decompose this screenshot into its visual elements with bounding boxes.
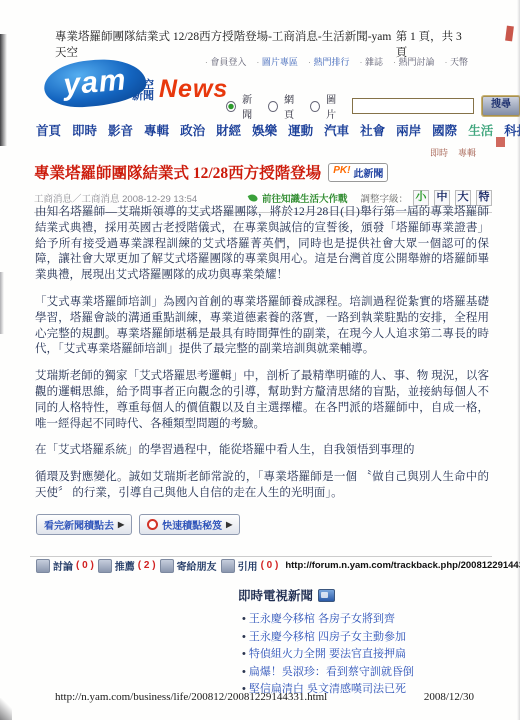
scan-artifact — [0, 34, 7, 146]
nav-cross-strait[interactable]: 兩岸 — [396, 121, 421, 139]
nav-life[interactable]: 生活 — [468, 121, 493, 139]
pk-news-badge[interactable]: PK! 此新聞 — [328, 163, 388, 182]
yam-logo-blob-icon: yam — [42, 56, 148, 111]
yam-logo-text: yam — [62, 63, 128, 101]
tv-news-link[interactable]: 特偵組火力全開 要法官直接押扁 — [242, 646, 414, 664]
article-paragraph: 循環及對應變化。誠如艾瑞斯老師常說的，「專業塔羅師是一個 〝做自己與別人生命中的… — [35, 470, 489, 502]
nav-home[interactable]: 首頁 — [36, 121, 61, 139]
pk-badge-label: 此新聞 — [353, 165, 383, 180]
mail-icon — [160, 559, 174, 573]
font-size-label: 調整字級： — [360, 191, 408, 205]
discuss-action[interactable]: 討論 ( 0 ) — [36, 558, 94, 573]
discuss-label: 討論 — [53, 558, 73, 573]
article-meta: 工商消息／工商消息 2008-12-29 13:54 — [34, 191, 197, 205]
radio-image[interactable] — [310, 101, 320, 112]
nav-entertainment[interactable]: 娛樂 — [252, 121, 277, 139]
recommend-action[interactable]: 推薦 ( 2 ) — [98, 558, 156, 573]
pk-badge-pk: PK! — [333, 165, 350, 180]
search-button[interactable]: 搜尋 — [482, 96, 520, 116]
logo-news-en: News — [159, 75, 228, 104]
font-size-medium-button[interactable]: 中 — [434, 190, 450, 206]
arrow-right-icon: ▶ — [226, 520, 232, 529]
nav-video[interactable]: 影音 — [108, 121, 133, 139]
article-paragraph: 由知名塔羅師—艾瑞斯領導的艾式塔羅團隊，將於12月28日(日)舉行第一屆的專業塔… — [35, 205, 489, 284]
tv-news-list: 王永慶今移棺 各房子女將到齊 王永慶今移棺 四房子女主動參加 特偵組火力全開 要… — [242, 611, 414, 699]
subnav-instant[interactable]: 即時 — [430, 146, 448, 159]
tv-news-section: 即時電視新聞 王永慶今移棺 各房子女將到齊 王永慶今移棺 四房子女主動參加 特偵… — [238, 586, 414, 699]
points-tips-button[interactable]: 快速積點秘笈 ▶ — [139, 514, 240, 535]
recommend-label: 推薦 — [115, 558, 135, 573]
nav-politics[interactable]: 政治 — [180, 121, 205, 139]
sub-nav: 即時 專輯 — [430, 146, 476, 159]
radio-web[interactable] — [268, 101, 278, 112]
article-paragraph: 艾瑞斯老師的獨家「艾式塔羅思考邏輯」中，剖析了最精準明確的人、事、物 現況，以客… — [35, 369, 489, 432]
subnav-feature[interactable]: 專輯 — [458, 146, 476, 159]
send-to-friend-action[interactable]: 寄給朋友 — [160, 558, 217, 573]
article-paragraph: 在「艾式塔羅系統」的學習過程中，能從塔羅中看人生，自我領悟到事理的 — [35, 443, 489, 459]
font-size-small-button[interactable]: 小 — [413, 190, 429, 206]
radio-news-label: 新聞 — [242, 91, 260, 121]
article-title: 專業塔羅師團隊結業式 12/28西方授階登場 — [34, 161, 321, 183]
font-size-large-button[interactable]: 大 — [455, 190, 471, 206]
recommend-icon — [98, 559, 112, 573]
trackback-count: ( 0 ) — [261, 560, 279, 571]
top-link-hot-discussion[interactable]: 熱門討論 — [393, 55, 435, 68]
scan-artifact — [505, 26, 514, 42]
tv-news-title: 即時電視新聞 — [238, 586, 313, 604]
yam-news-logo[interactable]: yam 天空 新聞 News — [44, 60, 228, 106]
nav-finance[interactable]: 財經 — [216, 121, 241, 139]
print-footer: http://n.yam.com/business/life/200812/20… — [55, 691, 474, 703]
search-input[interactable] — [352, 98, 474, 114]
radio-image-label: 圖片 — [326, 91, 344, 121]
top-links: 會員登入 圖片專區 熱門排行 雜誌 熱門討論 天幣 — [205, 55, 468, 68]
tv-news-link[interactable]: 王永慶今移棺 各房子女將到齊 — [242, 611, 414, 629]
nav-tech[interactable]: 科技 — [504, 121, 520, 139]
earn-points-label: 看完新聞積點去 — [44, 517, 114, 532]
tv-icon — [318, 589, 335, 602]
top-link-photo-zone[interactable]: 圖片專區 — [256, 55, 298, 68]
nav-society[interactable]: 社會 — [360, 121, 385, 139]
radio-web-label: 網頁 — [284, 91, 302, 121]
top-link-hot-ranking[interactable]: 熱門排行 — [308, 55, 350, 68]
tv-news-link[interactable]: 王永慶今移棺 四房子女主動參加 — [242, 629, 414, 647]
points-buttons: 看完新聞積點去 ▶ 快速積點秘笈 ▶ — [36, 514, 240, 535]
print-footer-url: http://n.yam.com/business/life/200812/20… — [55, 691, 327, 703]
discuss-count: ( 0 ) — [76, 560, 94, 571]
nav-international[interactable]: 國際 — [432, 121, 457, 139]
tv-news-link[interactable]: 扁爆！吳淑珍：看到蔡守訓就昏倒 — [242, 664, 414, 682]
nav-cars[interactable]: 汽車 — [324, 121, 349, 139]
earn-points-button[interactable]: 看完新聞積點去 ▶ — [36, 514, 132, 535]
leaf-icon — [248, 193, 259, 204]
section-divider — [30, 556, 492, 557]
nav-instant[interactable]: 即時 — [72, 121, 97, 139]
print-footer-date: 2008/12/30 — [424, 691, 474, 703]
points-tips-label: 快速積點秘笈 — [162, 517, 222, 532]
search-bar: 新聞 網頁 圖片 搜尋 — [226, 91, 520, 121]
nav-sports[interactable]: 運動 — [288, 121, 313, 139]
send-to-friend-label: 寄給朋友 — [177, 558, 217, 573]
knowledge-life-promo-link[interactable]: 前往知識生活大作戰 — [262, 191, 348, 205]
scan-artifact — [0, 698, 12, 720]
trackback-action[interactable]: 引用 ( 0 ) — [221, 558, 279, 573]
font-size-extra-button[interactable]: 特 — [476, 190, 492, 206]
arrow-right-icon: ▶ — [118, 520, 124, 529]
radio-news[interactable] — [226, 101, 236, 112]
discussion-icon — [36, 559, 50, 573]
target-ring-icon — [147, 519, 158, 530]
top-link-magazine[interactable]: 雜誌 — [359, 55, 383, 68]
trackback-url: http://forum.n.yam.com/trackback.php/200… — [285, 560, 520, 571]
trackback-label: 引用 — [238, 558, 258, 573]
article-body: 由知名塔羅師—艾瑞斯領導的艾式塔羅團隊，將於12月28日(日)舉行第一屆的專業塔… — [35, 205, 489, 513]
article-actions: 討論 ( 0 ) 推薦 ( 2 ) 寄給朋友 引用 ( 0 ) http://f… — [36, 558, 500, 573]
scan-artifact — [0, 272, 4, 334]
main-nav: 首頁 即時 影音 專輯 政治 財經 娛樂 運動 汽車 社會 兩岸 國際 生活 科… — [36, 121, 520, 139]
nav-feature[interactable]: 專輯 — [144, 121, 169, 139]
trackback-icon — [221, 559, 235, 573]
recommend-count: ( 2 ) — [138, 560, 156, 571]
article-paragraph: 「艾式專業塔羅師培訓」為國內首創的專業塔羅師養成課程。培訓過程從紮實的塔羅基礎學… — [35, 295, 489, 358]
top-link-sky-coin[interactable]: 天幣 — [444, 55, 468, 68]
